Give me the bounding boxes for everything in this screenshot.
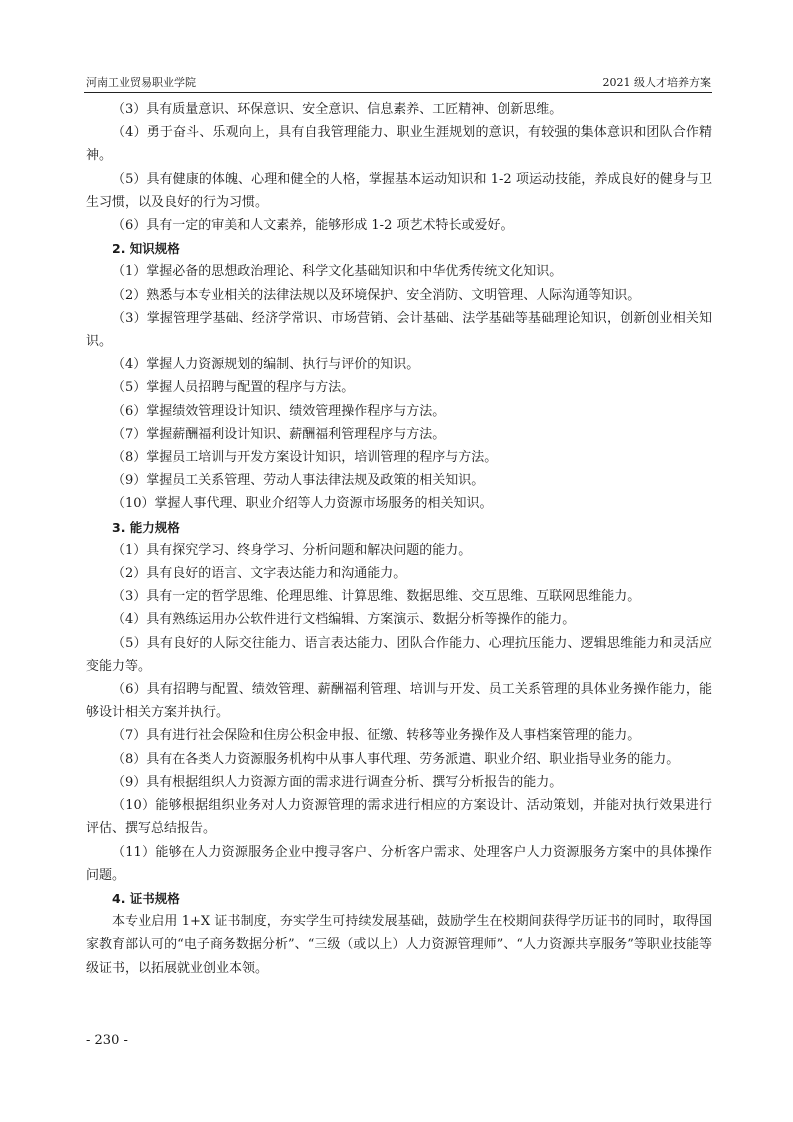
paragraph: （8）具有在各类人力资源服务机构中从事人事代理、劳务派遣、职业介绍、职业指导业务… (86, 748, 712, 771)
document-body: （3）具有质量意识、环保意识、安全意识、信息素养、工匠精神、创新思维。 （4）勇… (86, 98, 712, 980)
paragraph: （6）掌握绩效管理设计知识、绩效管理操作程序与方法。 (86, 400, 712, 423)
header-institution: 河南工业贸易职业学院 (86, 76, 196, 90)
paragraph: （4）具有熟练运用办公软件进行文档编辑、方案演示、数据分析等操作的能力。 (86, 608, 712, 631)
paragraph: （4）勇于奋斗、乐观向上，具有自我管理能力、职业生涯规划的意识，有较强的集体意识… (86, 121, 712, 167)
paragraph: （3）具有一定的哲学思维、伦理思维、计算思维、数据思维、交互思维、互联网思维能力… (86, 585, 712, 608)
section-heading-ability: 3. 能力规格 (86, 516, 712, 539)
paragraph: 本专业启用 1+X 证书制度，夯实学生可持续发展基础，鼓励学生在校期间获得学历证… (86, 910, 712, 980)
section-heading-knowledge: 2. 知识规格 (86, 237, 712, 260)
paragraph: （9）掌握员工关系管理、劳动人事法律法规及政策的相关知识。 (86, 469, 712, 492)
paragraph: （8）掌握员工培训与开发方案设计知识，培训管理的程序与方法。 (86, 446, 712, 469)
paragraph: （5）具有良好的人际交往能力、语言表达能力、团队合作能力、心理抗压能力、逻辑思维… (86, 632, 712, 678)
paragraph: （10）能够根据组织业务对人力资源管理的需求进行相应的方案设计、活动策划，并能对… (86, 794, 712, 840)
paragraph: （2）具有良好的语言、文字表达能力和沟通能力。 (86, 562, 712, 585)
paragraph: （7）掌握薪酬福利设计知识、薪酬福利管理程序与方法。 (86, 423, 712, 446)
paragraph: （2）熟悉与本专业相关的法律法规以及环境保护、安全消防、文明管理、人际沟通等知识… (86, 284, 712, 307)
paragraph: （5）掌握人员招聘与配置的程序与方法。 (86, 376, 712, 399)
paragraph: （1）具有探究学习、终身学习、分析问题和解决问题的能力。 (86, 539, 712, 562)
paragraph: （6）具有一定的审美和人文素养，能够形成 1-2 项艺术特长或爱好。 (86, 214, 712, 237)
header-divider (84, 92, 712, 93)
paragraph: （9）具有根据组织人力资源方面的需求进行调查分析、撰写分析报告的能力。 (86, 771, 712, 794)
paragraph: （7）具有进行社会保险和住房公积金申报、征缴、转移等业务操作及人事档案管理的能力… (86, 724, 712, 747)
paragraph: （4）掌握人力资源规划的编制、执行与评价的知识。 (86, 353, 712, 376)
header-document-title: 2021 级人才培养方案 (603, 76, 712, 90)
section-heading-certificate: 4. 证书规格 (86, 887, 712, 910)
paragraph: （1）掌握必备的思想政治理论、科学文化基础知识和中华优秀传统文化知识。 (86, 260, 712, 283)
paragraph: （11）能够在人力资源服务企业中搜寻客户、分析客户需求、处理客户人力资源服务方案… (86, 841, 712, 887)
page-number: - 230 - (86, 1033, 128, 1049)
paragraph: （5）具有健康的体魄、心理和健全的人格，掌握基本运动知识和 1-2 项运动技能，… (86, 168, 712, 214)
page-header: 河南工业贸易职业学院 2021 级人才培养方案 (86, 76, 711, 90)
paragraph: （3）具有质量意识、环保意识、安全意识、信息素养、工匠精神、创新思维。 (86, 98, 712, 121)
paragraph: （3）掌握管理学基础、经济学常识、市场营销、会计基础、法学基础等基础理论知识，创… (86, 307, 712, 353)
paragraph: （6）具有招聘与配置、绩效管理、薪酬福利管理、培训与开发、员工关系管理的具体业务… (86, 678, 712, 724)
paragraph: （10）掌握人事代理、职业介绍等人力资源市场服务的相关知识。 (86, 492, 712, 515)
